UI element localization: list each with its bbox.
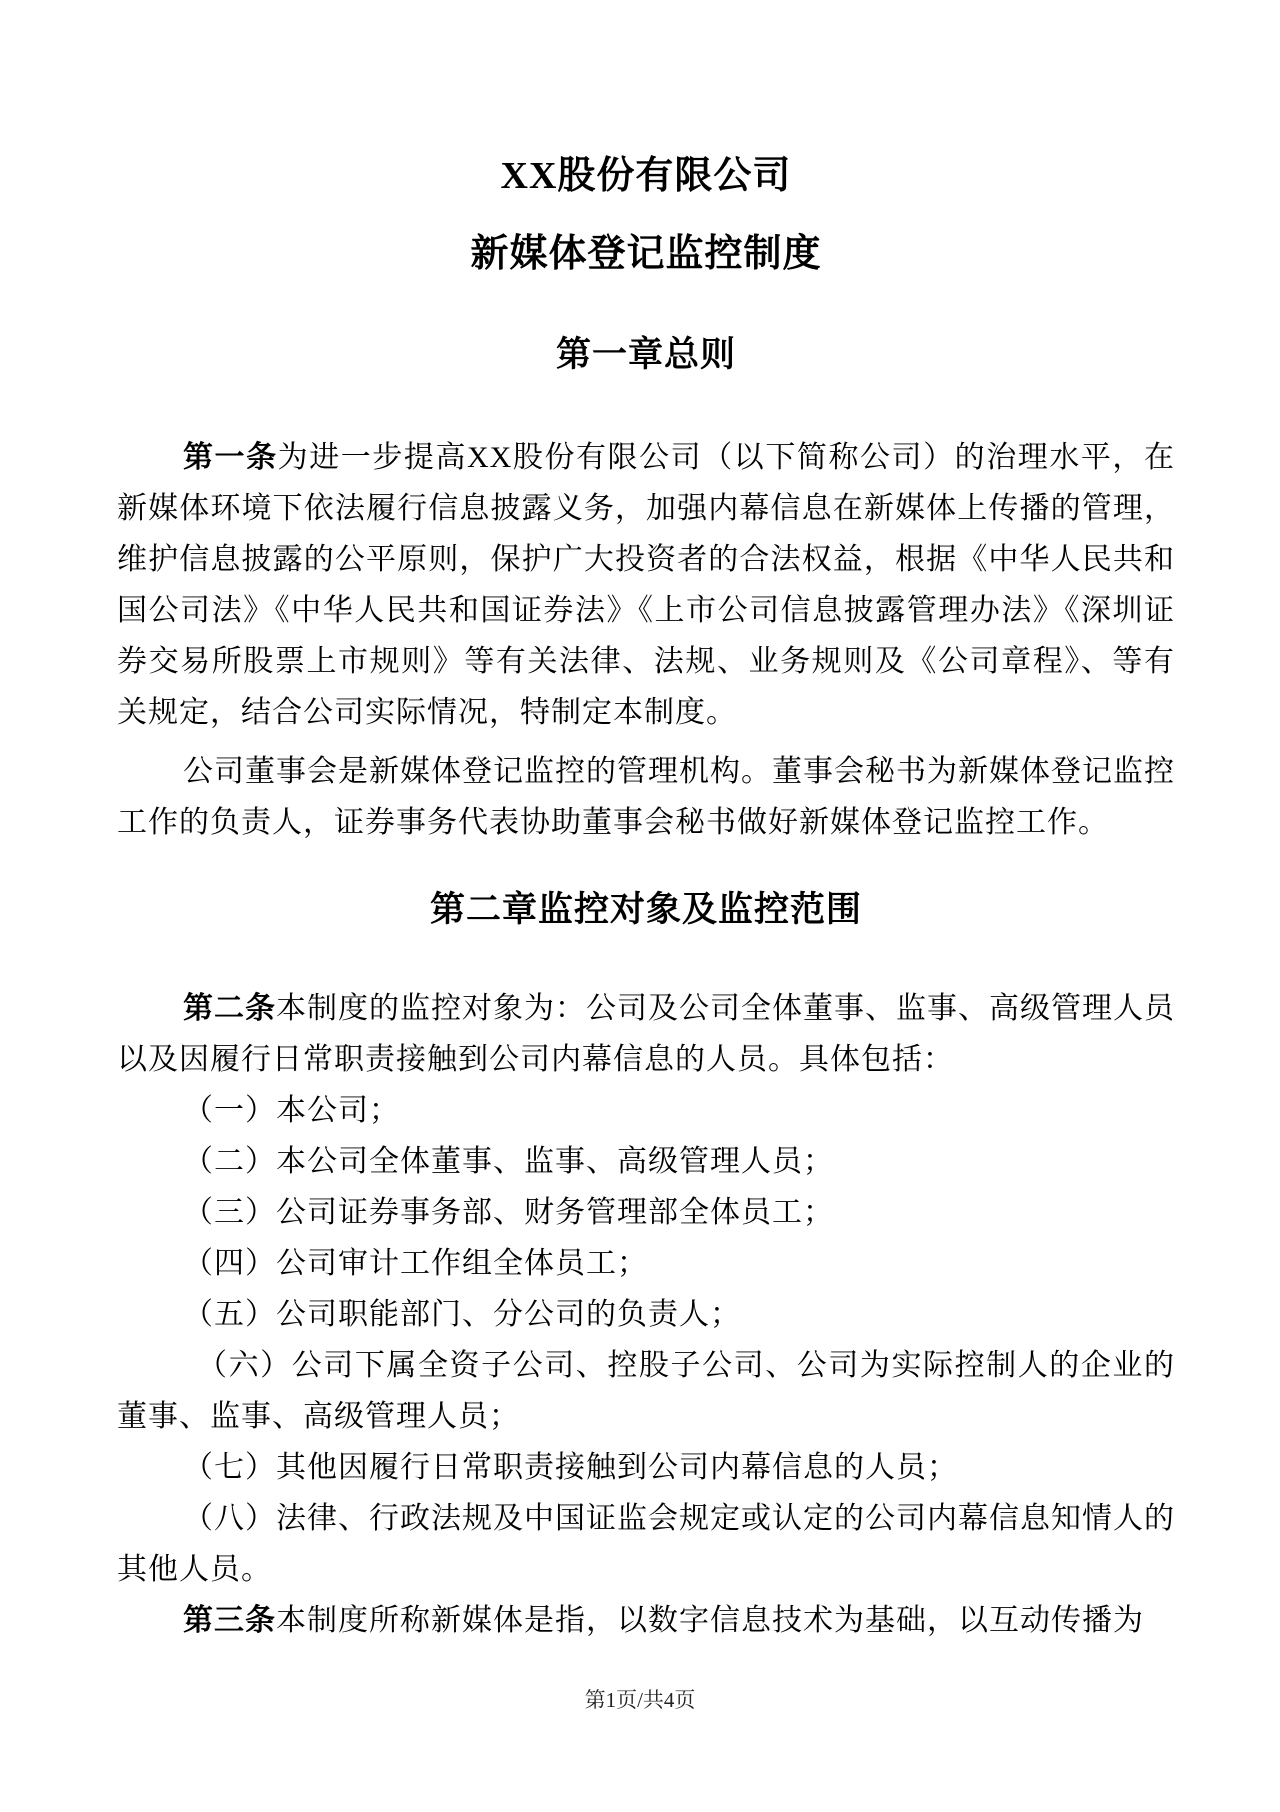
article3-text: 本制度所称新媒体是指，以数字信息技术为基础，以互动传播为 bbox=[276, 1604, 1144, 1637]
article1-text: 为进一步提高XX股份有限公司（以下简称公司）的治理水平，在新媒体环境下依法履行信… bbox=[117, 441, 1175, 729]
article1-label: 第一条 bbox=[183, 441, 278, 474]
chapter1-heading: 第一章总则 bbox=[117, 329, 1175, 381]
board-responsibility-paragraph: 公司董事会是新媒体登记监控的管理机构。董事会秘书为新媒体登记监控工作的负责人，证… bbox=[117, 746, 1175, 848]
page-number-footer: 第1页/共4页 bbox=[0, 1687, 1280, 1713]
doc-title-line1: XX股份有限公司 bbox=[117, 150, 1175, 202]
chapter2-heading: 第二章监控对象及监控范围 bbox=[117, 884, 1175, 936]
list-item: （六）公司下属全资子公司、控股子公司、公司为实际控制人的企业的董事、监事、高级管… bbox=[117, 1340, 1175, 1442]
list-item: （七）其他因履行日常职责接触到公司内幕信息的人员； bbox=[117, 1442, 1175, 1493]
list-item: （八）法律、行政法规及中国证监会规定或认定的公司内幕信息知情人的其他人员。 bbox=[117, 1493, 1175, 1595]
list-item: （三）公司证券事务部、财务管理部全体员工； bbox=[117, 1187, 1175, 1238]
article2-paragraph: 第二条本制度的监控对象为：公司及公司全体董事、监事、高级管理人员以及因履行日常职… bbox=[117, 983, 1175, 1085]
list-item: （二）本公司全体董事、监事、高级管理人员； bbox=[117, 1136, 1175, 1187]
article1-paragraph: 第一条为进一步提高XX股份有限公司（以下简称公司）的治理水平，在新媒体环境下依法… bbox=[117, 432, 1175, 738]
document-page: XX股份有限公司 新媒体登记监控制度 第一章总则 第一条为进一步提高XX股份有限… bbox=[0, 0, 1280, 1812]
article2-text: 本制度的监控对象为：公司及公司全体董事、监事、高级管理人员以及因履行日常职责接触… bbox=[117, 992, 1175, 1076]
list-item: （四）公司审计工作组全体员工； bbox=[117, 1238, 1175, 1289]
document-content: XX股份有限公司 新媒体登记监控制度 第一章总则 第一条为进一步提高XX股份有限… bbox=[0, 0, 1280, 1646]
article3-paragraph: 第三条本制度所称新媒体是指，以数字信息技术为基础，以互动传播为 bbox=[117, 1595, 1175, 1646]
doc-title-line2: 新媒体登记监控制度 bbox=[117, 228, 1175, 280]
article2-label: 第二条 bbox=[183, 992, 276, 1025]
article3-label: 第三条 bbox=[183, 1604, 276, 1637]
list-item: （一）本公司； bbox=[117, 1085, 1175, 1136]
monitored-objects-list: （一）本公司； （二）本公司全体董事、监事、高级管理人员； （三）公司证券事务部… bbox=[117, 1085, 1175, 1595]
list-item: （五）公司职能部门、分公司的负责人； bbox=[117, 1289, 1175, 1340]
